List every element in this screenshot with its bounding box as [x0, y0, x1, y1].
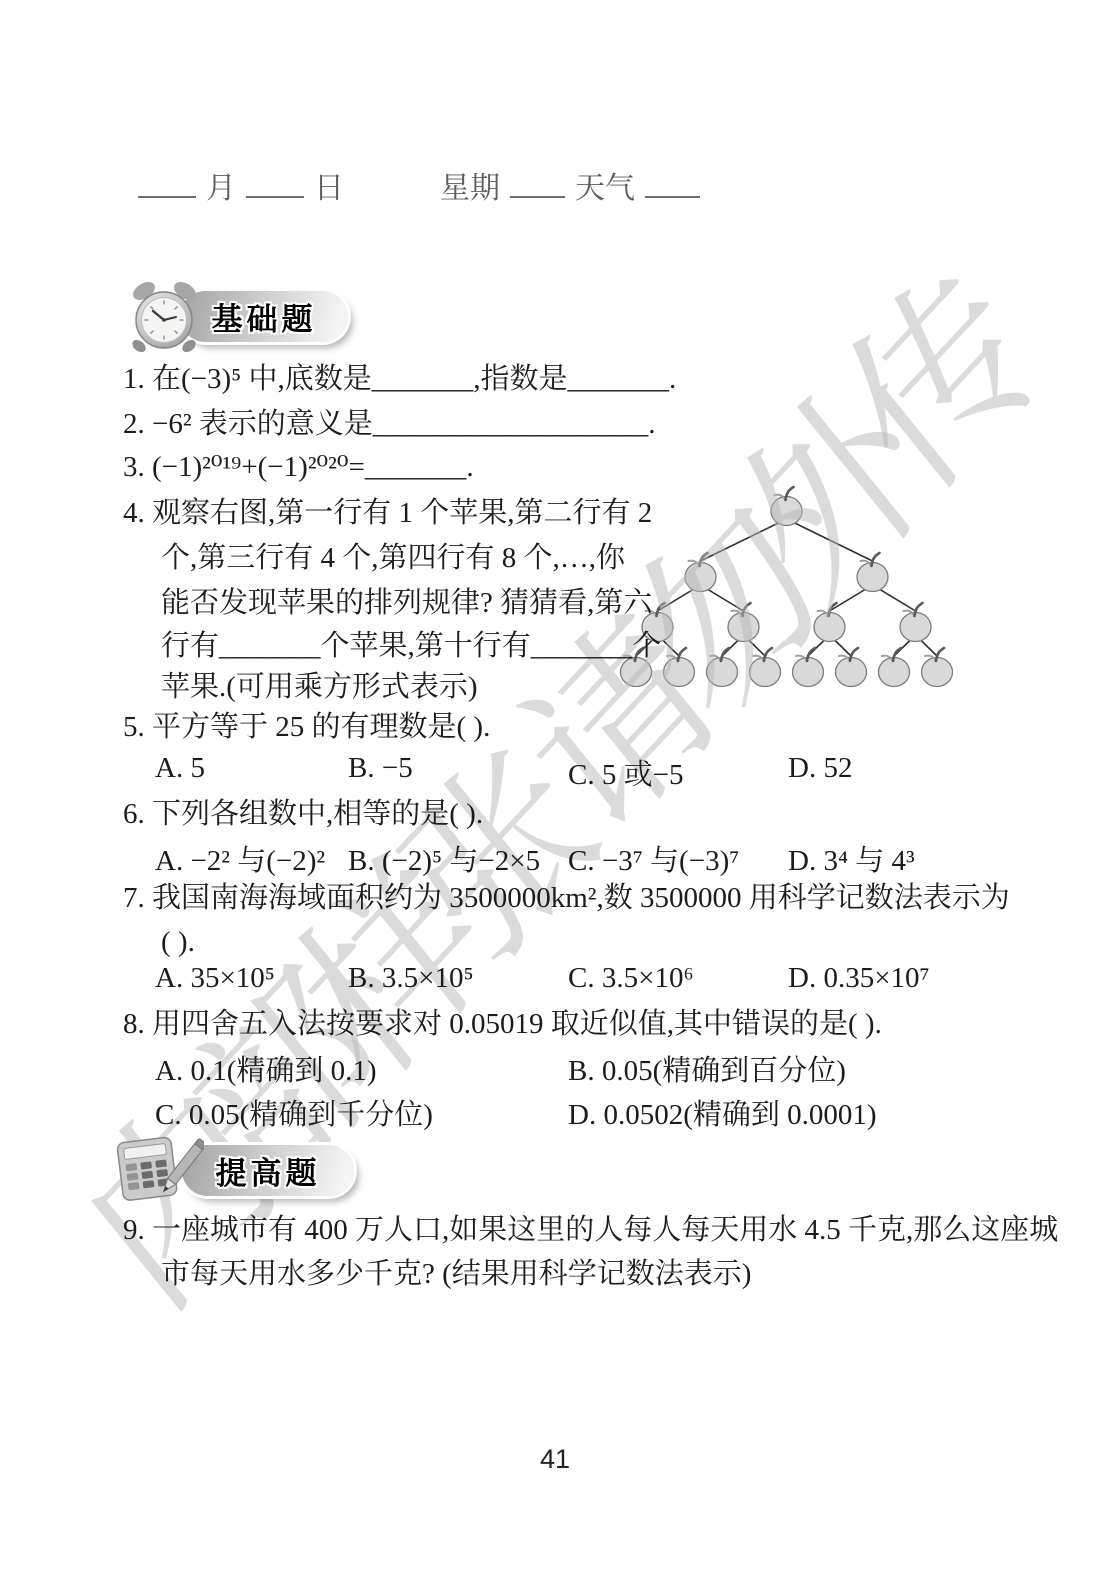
option-5a: A. 5 — [155, 752, 205, 785]
option-8a: A. 0.1(精确到 0.1) — [155, 1048, 377, 1089]
question-4-line4: 行有_______个苹果,第十行有_______个 — [161, 629, 661, 663]
date-header: 月日星期天气 — [128, 163, 710, 207]
question-9-line1: 9. 一座城市有 400 万人口,如果这里的人每人每天用水 4.5 千克,那么这… — [123, 1213, 1058, 1247]
option-6a: A. −2² 与(−2)² — [155, 838, 325, 879]
option-5d: D. 52 — [788, 752, 852, 785]
weather-label: 天气 — [575, 172, 635, 205]
option-5c: C. 5 或−5 — [568, 752, 683, 793]
question-9-line2: 市每天用水多少千克? (结果用科学记数法表示) — [161, 1257, 751, 1291]
option-8b: B. 0.05(精确到百分位) — [568, 1048, 846, 1089]
section-advanced-label: 提高题 — [216, 1148, 321, 1193]
calculator-pencil-icon — [112, 1128, 204, 1210]
question-2: 2. −6² 表示的意义是___________________. — [123, 407, 656, 441]
weather-blank — [645, 170, 700, 198]
question-5: 5. 平方等于 25 的有理数是( ). — [123, 710, 490, 744]
section-advanced-pill: 提高题 — [182, 1145, 354, 1196]
option-8d: D. 0.0502(精确到 0.0001) — [568, 1092, 877, 1133]
day-blank — [246, 170, 304, 198]
option-7b: B. 3.5×10⁵ — [348, 962, 474, 995]
day-label: 日 — [314, 172, 344, 205]
option-5b: B. −5 — [348, 752, 413, 785]
question-4-line5: 苹果.(可用乘方形式表示) — [161, 670, 478, 704]
week-label: 星期 — [440, 172, 500, 205]
section-basic-label: 基础题 — [212, 294, 317, 339]
option-7a: A. 35×10⁵ — [155, 962, 275, 995]
option-7d: D. 0.35×10⁷ — [788, 962, 930, 995]
option-7c: C. 3.5×10⁶ — [568, 962, 694, 995]
question-3: 3. (−1)²⁰¹⁹+(−1)²⁰²⁰=_______. — [123, 450, 474, 484]
week-blank — [510, 170, 565, 198]
question-7-line2: ( ). — [161, 925, 195, 959]
option-6c: C. −3⁷ 与(−3)⁷ — [568, 838, 739, 879]
month-blank — [138, 170, 196, 198]
question-7-options: A. 35×10⁵ B. 3.5×10⁵ C. 3.5×10⁶ D. 0.35×… — [123, 962, 1053, 998]
month-label: 月 — [206, 172, 236, 205]
option-6d: D. 3⁴ 与 4³ — [788, 838, 915, 879]
question-6: 6. 下列各组数中,相等的是( ). — [123, 797, 483, 831]
worksheet-page: 内部样张 请勿外传 月日星期天气 基础题 — [0, 0, 1110, 1571]
question-4-line2: 个,第三行有 4 个,第四行有 8 个,…,你 — [161, 541, 625, 575]
alarm-clock-icon — [126, 279, 204, 357]
question-8-options-row2: C. 0.05(精确到千分位) D. 0.0502(精确到 0.0001) — [123, 1092, 1053, 1128]
question-1: 1. 在(−3)⁵ 中,底数是_______,指数是_______. — [123, 362, 676, 396]
question-4-line1: 4. 观察右图,第一行有 1 个苹果,第二行有 2 — [123, 496, 652, 530]
question-5-options: A. 5 B. −5 C. 5 或−5 D. 52 — [123, 752, 1053, 788]
question-6-options: A. −2² 与(−2)² B. (−2)⁵ 与−2×5 C. −3⁷ 与(−3… — [123, 838, 1053, 874]
page-number: 41 — [0, 1444, 1110, 1475]
question-7-line1: 7. 我国南海海域面积约为 3500000km²,数 3500000 用科学记数… — [123, 881, 1010, 915]
question-8: 8. 用四舍五入法按要求对 0.05019 取近似值,其中错误的是( ). — [123, 1007, 882, 1041]
section-basic-pill: 基础题 — [180, 291, 348, 342]
apple-tree-diagram — [610, 482, 1002, 694]
option-8c: C. 0.05(精确到千分位) — [155, 1092, 433, 1133]
option-6b: B. (−2)⁵ 与−2×5 — [348, 838, 540, 879]
question-4-line3: 能否发现苹果的排列规律? 猜猜看,第六 — [161, 586, 652, 620]
question-8-options-row1: A. 0.1(精确到 0.1) B. 0.05(精确到百分位) — [123, 1048, 1053, 1084]
